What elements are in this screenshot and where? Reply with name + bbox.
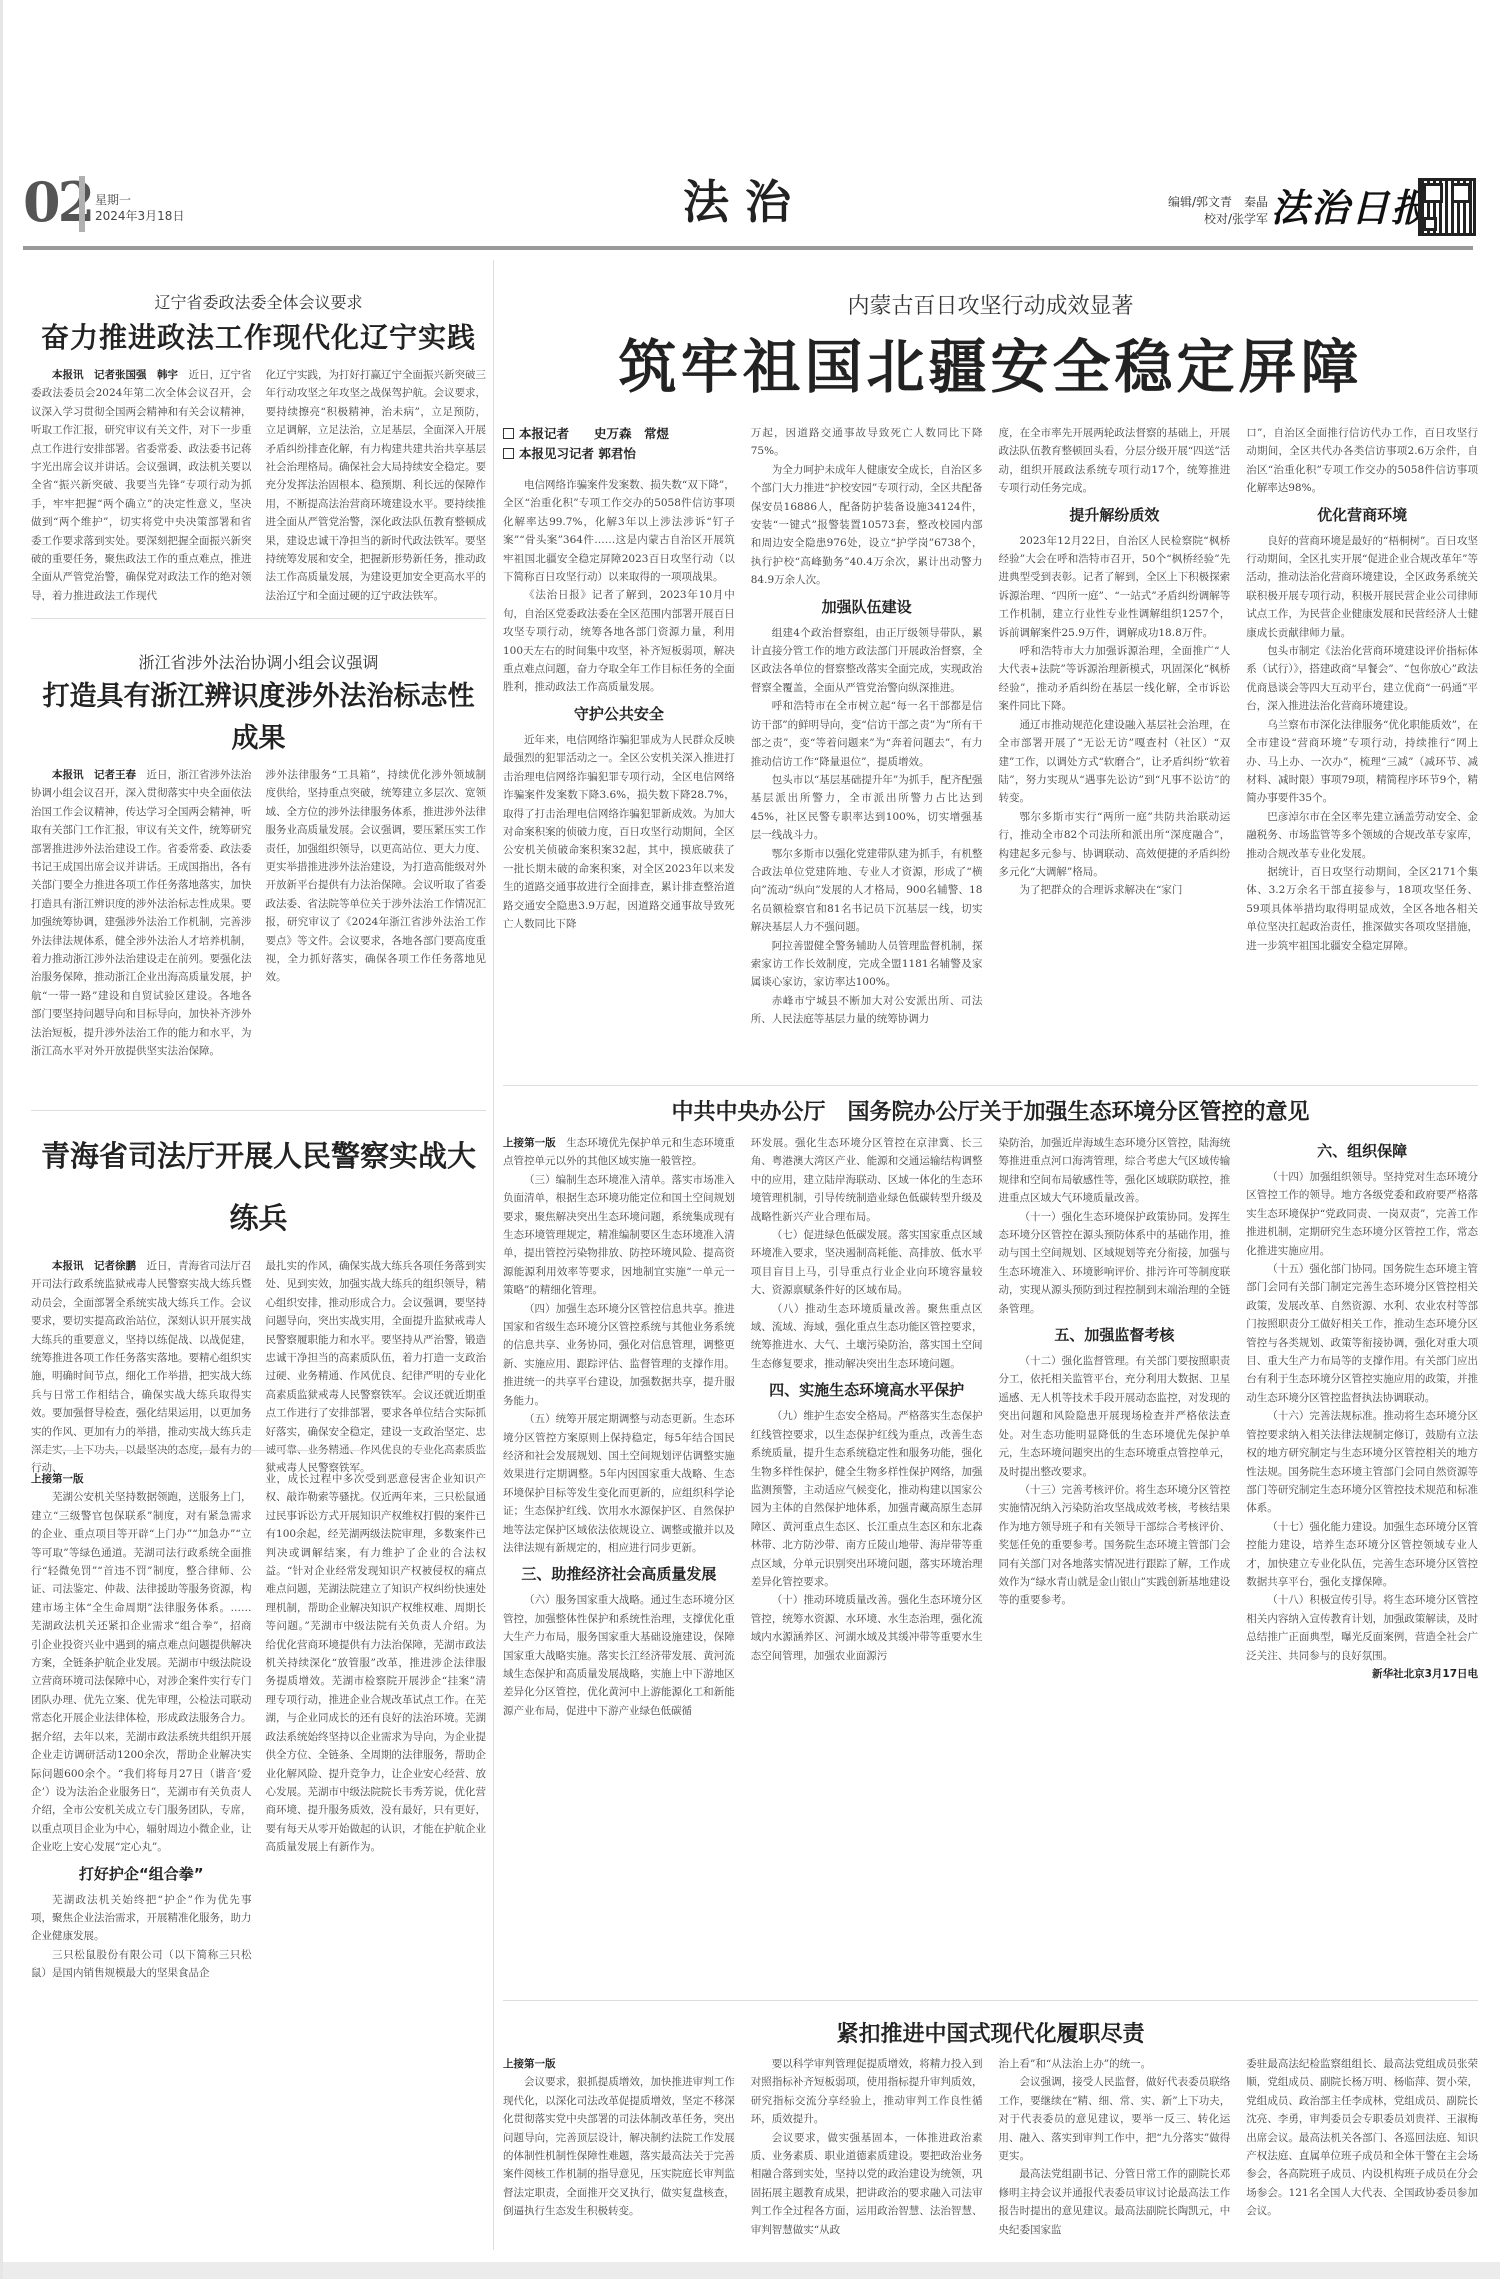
article-text: 三只松鼠股份有限公司（以下简称三只松鼠）是国内销售规模最大的坚果食品企 xyxy=(31,1946,252,1983)
article-column: 六、组织保障 （十四）加强组织领导。坚持党对生态环境分区管控工作的领导。地方各级… xyxy=(1246,1134,1478,2004)
article-text: （七）促进绿色低碳发展。落实国家重点区域环境准入要求，坚决遏制高耗能、高排放、低… xyxy=(751,1226,983,1300)
article-column: 业，成长过程中多次受到恶意侵害企业知识产权、敲诈勒索等骚扰。仅近两年来，三只松鼠… xyxy=(266,1470,487,2220)
editors: 编辑/郭文青 秦晶 xyxy=(1128,194,1268,211)
article-qinghai: 青海省司法厅开展人民警察实战大练兵 本报讯 记者徐鹏 近日，青海省司法厅召开司法… xyxy=(31,1125,486,1497)
continued-label: 上接第一版 xyxy=(503,1137,556,1149)
article-text: 呼和浩特市在全市树立起“每一名干部都是信访干部”的鲜明导向，变“信访干部之责”为… xyxy=(751,697,983,771)
article-text: 度，在全市率先开展两轮政法督察的基础上，开展政法队伍教育整顿回头看，分层分级开展… xyxy=(999,424,1231,498)
article-text: 包头市以“基层基础提升年”为抓手，配齐配强基层派出所警力，全市派出所警力占比达到… xyxy=(751,771,983,845)
article-headline: 打造具有浙江辨识度涉外法治标志性成果 xyxy=(31,676,486,760)
article-text: 良好的营商环境是最好的“梧桐树”。百日攻坚行动期间，全区扎实开展“促进企业合规改… xyxy=(1246,532,1478,642)
article-text: （八）推动生态环境质量改善。聚焦重点区域、流域、海域，强化重点生态功能区管控要求… xyxy=(751,1300,983,1374)
divider xyxy=(503,2000,1478,2001)
checkbox-icon xyxy=(503,448,514,459)
weekday: 星期一 xyxy=(95,192,184,208)
article-ecology-zoning: 中共中央办公厅 国务院办公厅关于加强生态环境分区管控的意见 上接第一版 生态环境… xyxy=(503,1092,1478,2004)
article-subhead: 五、加强监督考核 xyxy=(999,1318,1231,1352)
page-number-divider xyxy=(79,176,85,232)
article-text: 会议要求，狠抓提质增效，加快推进审判工作现代化，以深化司法改革促提质增效，坚定不… xyxy=(503,2073,735,2220)
section-title: 法治 xyxy=(683,170,807,234)
newspaper-page: 02 星期一 2024年3月18日 法治 编辑/郭文青 秦晶 校对/张学军 法治… xyxy=(0,0,1500,2279)
article-text: 治上看”和“从法治上办”的统一。 xyxy=(999,2055,1231,2073)
article-text: （十三）完善考核评价。将生态环境分区管控实施情况纳入污染防治攻坚战成效考核，考核… xyxy=(999,1481,1231,1610)
article-inner-mongolia: 内蒙古百日攻坚行动成效显著 筑牢祖国北疆安全稳定屏障 本报记者 史万森 常煜 本… xyxy=(503,290,1478,1064)
article-column: 本报讯 记者王春 近日，浙江省涉外法治协调小组会议召开，深入贯彻落实中央全面依法… xyxy=(31,766,252,1156)
article-text: 赤峰市宁城县不断加大对公安派出所、司法所、人民法庭等基层力量的统筹协调力 xyxy=(751,992,983,1029)
reporters: 记者王春 xyxy=(94,769,136,781)
article-text: 近日，浙江省涉外法治协调小组会议召开，深入贯彻落实中央全面依法治国工作会议精神，… xyxy=(31,769,252,1057)
article-text: （十六）完善法规标准。推动将生态环境分区管控要求纳入相关法律法规制定修订，鼓励有… xyxy=(1246,1407,1478,1517)
divider xyxy=(31,1450,486,1451)
article-text: 组建4个政治督察组，由正厅级领导带队，累计直接分管工作的地方政法部门开展政治督察… xyxy=(751,624,983,698)
article-text: （六）服务国家重大战略。通过生态环境分区管控，加强整体性保护和系统性治理，支撑优… xyxy=(503,1591,735,1720)
article-text: 呼和浩特市大力加强诉源治理，全面推广“人大代表+法院”等诉源治理新模式，巩固深化… xyxy=(999,642,1231,716)
article-liaoning: 辽宁省委政法委全体会议要求 奋力推进政法工作现代化辽宁实践 本报讯 记者张国强 … xyxy=(31,290,486,601)
article-text: 最扎实的作风，确保实战大练兵各项任务落到实处、见到实效，加强实战大练兵的组织领导… xyxy=(266,1257,487,1478)
article-text: 业，成长过程中多次受到恶意侵害企业知识产权、敲诈勒索等骚扰。仅近两年来，三只松鼠… xyxy=(266,1470,487,1857)
article-column: 化辽宁实践，为打好打赢辽宁全面振兴新突破三年行动攻坚之年攻坚之战保驾护航。会议要… xyxy=(266,366,487,601)
article-headline: 青海省司法厅开展人民警察实战大练兵 xyxy=(31,1125,486,1249)
proofreader: 校对/张学军 xyxy=(1128,211,1268,228)
article-text: 近年来，电信网络诈骗犯罪成为人民群众反映最强烈的犯罪活动之一。全区公安机关深入推… xyxy=(503,731,735,933)
article-text: （十四）加强组织领导。坚持党对生态环境分区管控工作的领导。地方各级党委和政府要严… xyxy=(1246,1168,1478,1260)
article-text: 包头市制定《法治化营商环境建设评价指标体系（试行）》，搭建政商“早餐会”、“包你… xyxy=(1246,642,1478,716)
article-text: （三）编制生态环境准入清单。落实市场准入负面清单，根据生态环境功能定位和国土空间… xyxy=(503,1171,735,1300)
article-text: 染防治，加强近岸海域生态环境分区管控，陆海统筹推进重点河口海湾管理，综合考虑大气… xyxy=(999,1134,1231,1208)
article-text: 环发展。强化生态环境分区管控在京津冀、长三角、粤港澳大湾区产业、能源和交通运输结… xyxy=(751,1134,983,1226)
article-text: 芜湖公安机关坚持数据领跑，送服务上门，建立“三级警官包保联系”制度，对有紧急需求… xyxy=(31,1488,252,1856)
article-subhead: 提升解纷质效 xyxy=(999,498,1231,532)
article-text: 阿拉善盟健全警务辅助人员管理监督机制，探索家访工作长效制度，完成全盟1181名辅… xyxy=(751,937,983,992)
article-text: 会议强调，接受人民监督，做好代表委员联络工作，要继续在“精、细、常、实、新”上下… xyxy=(999,2073,1231,2165)
article-subhead: 六、组织保障 xyxy=(1246,1134,1478,1168)
reporters: 记者张国强 韩宇 xyxy=(94,369,178,381)
lead-label: 本报讯 xyxy=(52,1260,84,1272)
article-subhead: 守护公共安全 xyxy=(503,697,735,731)
article-text: （十一）强化生态环境保护政策协同。发挥生态环境分区管控在源头预防体系中的基础作用… xyxy=(999,1208,1231,1318)
article-kicker: 辽宁省委政法委全体会议要求 xyxy=(31,290,486,316)
article-text: （十八）积极宣传引导。将生态环境分区管控相关内容纳入宣传教育计划，加强政策解读，… xyxy=(1246,1591,1478,1665)
article-text: 为全力呵护未成年人健康安全成长，自治区多个部门大力推进“护校安园”专项行动，全区… xyxy=(751,461,983,590)
article-court: 紧扣推进中国式现代化履职尽责 上接第一版 会议要求，狠抓提质增效，加快推进审判工… xyxy=(503,2015,1478,2235)
dateline: 新华社北京3月17日电 xyxy=(1246,1665,1478,1683)
article-text: 《法治日报》记者了解到，2023年10月中旬，自治区党委政法委在全区范围内部署开… xyxy=(503,586,735,696)
article-column: 最扎实的作风，确保实战大练兵各项任务落到实处、见到实效，加强实战大练兵的组织领导… xyxy=(266,1257,487,1497)
newspaper-logo: 法治日报 xyxy=(1271,180,1431,236)
article-kicker: 浙江省涉外法治协调小组会议强调 xyxy=(31,650,486,676)
article-text: 通辽市推动规范化建设融入基层社会治理，在全市部署开展了“无讼无访”嘎查村（社区）… xyxy=(999,716,1231,808)
checkbox-icon xyxy=(503,428,514,439)
article-text: （四）加强生态环境分区管控信息共享。推进国家和省级生态环境分区管控系统与其他业务… xyxy=(503,1300,735,1410)
article-column: 上接第一版 生态环境优先保护单元和生态环境重点管控单元以外的其他区域实施一般管控… xyxy=(503,1134,735,2004)
lead-label: 本报讯 xyxy=(52,769,84,781)
article-text: 会议要求，做实强基固本，一体推进政治素质、业务素质、职业道德素质建设。要把政治业… xyxy=(751,2129,983,2235)
article-text: 万起，因道路交通事故导致死亡人数同比下降75%。 xyxy=(751,424,983,461)
article-text: （十）推动环境质量改善。强化生态环境分区管控，统筹水资源、水环境、水生态治理，强… xyxy=(751,1591,983,1665)
article-text: （五）统筹开展定期调整与动态更新。生态环境分区管控方案原则上保持稳定，每5年结合… xyxy=(503,1410,735,1557)
byline: 本报记者 史万森 常煜 xyxy=(503,424,735,444)
article-text: 鄂尔多斯市实行“两所一庭”共防共治联动运行，推动全市82个司法所和派出所“深度融… xyxy=(999,808,1231,882)
divider xyxy=(31,1110,486,1111)
issue-date: 星期一 2024年3月18日 xyxy=(95,192,184,224)
continued-label: 上接第一版 xyxy=(503,2055,735,2073)
article-subhead: 四、实施生态环境高水平保护 xyxy=(751,1373,983,1407)
article-column: 涉外法律服务“工具箱”，持续优化涉外领域制度供给，坚持重点突破，统筹建立多层次、… xyxy=(266,766,487,1156)
divider xyxy=(503,1085,1478,1086)
article-text: 为了把群众的合理诉求解决在“家门 xyxy=(999,881,1231,899)
article-column: 上接第一版 芜湖公安机关坚持数据领跑，送服务上门，建立“三级警官包保联系”制度，… xyxy=(31,1470,252,2220)
article-headline: 中共中央办公厅 国务院办公厅关于加强生态环境分区管控的意见 xyxy=(503,1092,1478,1132)
article-headline: 紧扣推进中国式现代化履职尽责 xyxy=(503,2015,1478,2053)
article-column: 本报记者 史万森 常煜 本报见习记者 郭君怡 电信网络诈骗案件发案数、损失数“双… xyxy=(503,424,735,1064)
qr-code-icon[interactable] xyxy=(1418,178,1476,236)
article-text: （十五）强化部门协同。国务院生态环境主管部门会同有关部门制定完善生态环境分区管控… xyxy=(1246,1260,1478,1407)
article-text: 巴彦淖尔市在全区率先建立涵盖劳动安全、金融税务、市场监管等多个领域的合规改革专家… xyxy=(1246,808,1478,863)
article-zhejiang: 浙江省涉外法治协调小组会议强调 打造具有浙江辨识度涉外法治标志性成果 本报讯 记… xyxy=(31,650,486,1156)
article-text: （九）维护生态安全格局。严格落实生态保护红线管控要求，以生态保护红线为重点，改善… xyxy=(751,1407,983,1591)
divider xyxy=(31,618,486,619)
column-divider xyxy=(493,260,494,2250)
article-text: 涉外法律服务“工具箱”，持续优化涉外领域制度供给，坚持重点突破，统筹建立多层次、… xyxy=(266,766,487,987)
article-text: 委驻最高法纪检监察组组长、最高法党组成员张荣顺，党组成员、副院长杨万明、杨临萍、… xyxy=(1246,2055,1478,2221)
byline: 本报见习记者 郭君怡 xyxy=(503,444,735,464)
article-text: 2023年12月22日，自治区人民检察院“枫桥经验”大会在呼和浩特市召开，50个… xyxy=(999,532,1231,642)
article-column: 本报讯 记者徐鹏 近日，青海省司法厅召开司法行政系统监狱戒毒人民警察实战大练兵暨… xyxy=(31,1257,252,1497)
article-text: 化辽宁实践，为打好打赢辽宁全面振兴新突破三年行动攻坚之年攻坚之战保驾护航。会议要… xyxy=(266,366,487,601)
article-column: 口”，自治区全面推行信访代办工作，百日攻坚行动期间，全区共代办各类信访事项2.6… xyxy=(1246,424,1478,1064)
article-column: 治上看”和“从法治上办”的统一。 会议强调，接受人民监督，做好代表委员联络工作，… xyxy=(999,2055,1231,2235)
article-text: 近日，辽宁省委政法委员会2024年第二次全体会议召开，会议深入学习贯彻全国两会精… xyxy=(31,369,252,601)
reporters: 记者徐鹏 xyxy=(94,1260,136,1272)
article-subhead: 三、助推经济社会高质量发展 xyxy=(503,1557,735,1591)
date: 2024年3月18日 xyxy=(95,208,184,224)
article-text: 电信网络诈骗案件发案数、损失数“双下降”，全区“治重化积”专项工作交办的5058… xyxy=(503,476,735,586)
article-text: 口”，自治区全面推行信访代办工作，百日攻坚行动期间，全区共代办各类信访事项2.6… xyxy=(1246,424,1478,498)
masthead: 02 星期一 2024年3月18日 法治 编辑/郭文青 秦晶 校对/张学军 法治… xyxy=(23,170,1473,248)
continued-label: 上接第一版 xyxy=(31,1470,252,1488)
article-column: 染防治，加强近岸海域生态环境分区管控，陆海统筹推进重点河口海湾管理，综合考虑大气… xyxy=(999,1134,1231,2004)
article-column: 环发展。强化生态环境分区管控在京津冀、长三角、粤港澳大湾区产业、能源和交通运输结… xyxy=(751,1134,983,2004)
article-column: 委驻最高法纪检监察组组长、最高法党组成员张荣顺，党组成员、副院长杨万明、杨临萍、… xyxy=(1246,2055,1478,2235)
article-text: （十二）强化监督管理。有关部门要按照职责分工，依托相关监管平台，充分利用大数据、… xyxy=(999,1352,1231,1481)
article-column: 度，在全市率先开展两轮政法督察的基础上，开展政法队伍教育整顿回头看，分层分级开展… xyxy=(999,424,1231,1064)
lead-label: 本报讯 xyxy=(52,369,84,381)
article-text: （十七）强化能力建设。加强生态环境分区管控能力建设，培养生态环境分区管控领域专业… xyxy=(1246,1518,1478,1592)
article-column: 万起，因道路交通事故导致死亡人数同比下降75%。 为全力呵护未成年人健康安全成长… xyxy=(751,424,983,1064)
article-subhead: 打好护企“组合拳” xyxy=(31,1857,252,1891)
article-column: 本报讯 记者张国强 韩宇 近日，辽宁省委政法委员会2024年第二次全体会议召开，… xyxy=(31,366,252,601)
article-headline: 奋力推进政法工作现代化辽宁实践 xyxy=(31,316,486,360)
article-subhead: 优化营商环境 xyxy=(1246,498,1478,532)
page-bottom-margin xyxy=(3,2262,1500,2279)
article-text: 最高法党组副书记、分管日常工作的副院长邓修明主持会议并通报代表委员审议讨论最高法… xyxy=(999,2165,1231,2235)
article-text: 鄂尔多斯市以强化党建带队建为抓手，有机整合政法单位党建阵地、专业人才资源，形成了… xyxy=(751,845,983,937)
editor-credits: 编辑/郭文青 秦晶 校对/张学军 xyxy=(1128,194,1268,228)
article-subhead: 加强队伍建设 xyxy=(751,590,983,624)
article-text: 要以科学审判管理促提质增效，将精力投入到对照指标补齐短板弱项，使用指标提升审判质… xyxy=(751,2055,983,2129)
article-text: 芜湖政法机关始终把“护企”作为优先事项，聚焦企业法治需求，开展精准化服务，助力企… xyxy=(31,1891,252,1946)
masthead-rule xyxy=(23,246,1473,250)
article-column: 上接第一版 会议要求，狠抓提质增效，加快推进审判工作现代化，以深化司法改革促提质… xyxy=(503,2055,735,2235)
article-text: 据统计，百日攻坚行动期间，全区2171个集体、3.2万余名干部直接参与，18项攻… xyxy=(1246,863,1478,955)
article-column: 要以科学审判管理促提质增效，将精力投入到对照指标补齐短板弱项，使用指标提升审判质… xyxy=(751,2055,983,2235)
article-text: 近日，青海省司法厅召开司法行政系统监狱戒毒人民警察实战大练兵暨动员会，全面部署全… xyxy=(31,1260,252,1474)
article-text: 乌兰察布市深化法律服务“优化职能质效”，在全市建设“营商环境”专项行动，持续推行… xyxy=(1246,716,1478,808)
article-headline: 筑牢祖国北疆安全稳定屏障 xyxy=(503,324,1478,410)
article-wuhu-continued: 上接第一版 芜湖公安机关坚持数据领跑，送服务上门，建立“三级警官包保联系”制度，… xyxy=(31,1470,486,2220)
article-kicker: 内蒙古百日攻坚行动成效显著 xyxy=(503,290,1478,324)
